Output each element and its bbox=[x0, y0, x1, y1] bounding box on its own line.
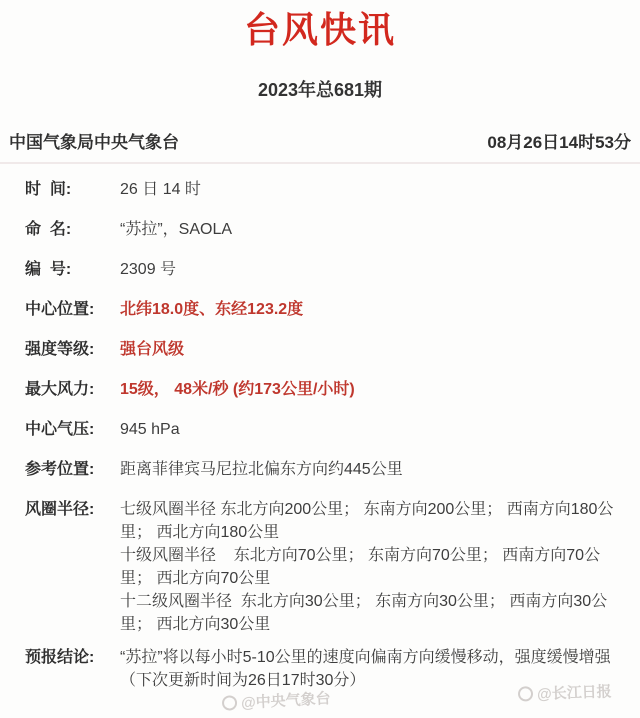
field-value: 26 日 14 时 bbox=[120, 178, 626, 202]
field-row-number: 编 号: 2309 号 bbox=[25, 258, 626, 282]
field-label: 中心气压: bbox=[25, 418, 120, 442]
field-row-center-position: 中心位置: 北纬18.0度、东经123.2度 bbox=[25, 298, 626, 322]
agency-name: 中国气象局中央气象台 bbox=[9, 128, 179, 153]
typhoon-bulletin-page: { "header": { "title": "台风快讯", "issue": … bbox=[0, 0, 640, 718]
field-label: 强度等级: bbox=[25, 338, 120, 362]
field-value: 距离菲律宾马尼拉北偏东方向约445公里 bbox=[120, 458, 626, 482]
changjiang-watermark-text: @长江日报 bbox=[537, 680, 612, 704]
field-label: 编 号: bbox=[25, 258, 120, 282]
field-label: 命 名: bbox=[25, 218, 120, 242]
field-label: 预报结论: bbox=[25, 646, 120, 692]
field-value: 北纬18.0度、东经123.2度 bbox=[120, 298, 626, 322]
field-label: 风圈半径: bbox=[25, 498, 120, 636]
field-label: 中心位置: bbox=[25, 298, 120, 322]
cma-logo-icon bbox=[222, 695, 238, 711]
field-row-max-wind: 最大风力: 15级， 48米/秒 (约173公里/小时) bbox=[25, 378, 626, 402]
agency-header: 中国气象局中央气象台 08月26日14时53分 bbox=[0, 128, 640, 153]
field-row-name: 命 名: “苏拉”，SAOLA bbox=[25, 218, 626, 242]
field-row-reference-position: 参考位置: 距离菲律宾马尼拉北偏东方向约445公里 bbox=[25, 458, 626, 482]
issue-datetime: 08月26日14时53分 bbox=[487, 128, 631, 153]
field-row-intensity-grade: 强度等级: 强台风级 bbox=[25, 338, 626, 362]
field-row-wind-circle-radius: 风圈半径: 七级风圈半径 东北方向200公里； 东南方向200公里； 西南方向1… bbox=[25, 498, 626, 636]
field-row-time: 时 间: 26 日 14 时 bbox=[25, 178, 626, 202]
field-row-central-pressure: 中心气压: 945 hPa bbox=[25, 418, 626, 442]
field-value: 15级， 48米/秒 (约173公里/小时) bbox=[120, 378, 626, 402]
field-value: “苏拉”，SAOLA bbox=[120, 218, 626, 242]
field-label: 参考位置: bbox=[25, 458, 120, 482]
page-title: 台风快讯 bbox=[0, 0, 640, 51]
bulletin-fields: 时 间: 26 日 14 时 命 名: “苏拉”，SAOLA 编 号: 2309… bbox=[0, 164, 640, 692]
field-value: 七级风圈半径 东北方向200公里； 东南方向200公里； 西南方向180公里； … bbox=[120, 498, 626, 636]
issue-number: 2023年总681期 bbox=[0, 76, 640, 102]
field-value: 945 hPa bbox=[120, 418, 626, 442]
cma-watermark: @中央气象台 bbox=[222, 687, 332, 714]
field-value: 2309 号 bbox=[120, 258, 626, 282]
changjiang-daily-watermark: @长江日报 bbox=[518, 680, 612, 704]
field-label: 最大风力: bbox=[25, 378, 120, 402]
field-label: 时 间: bbox=[25, 178, 120, 202]
cma-watermark-text: @中央气象台 bbox=[240, 687, 331, 713]
changjiang-logo-icon bbox=[518, 686, 534, 702]
field-value: 强台风级 bbox=[120, 338, 626, 362]
